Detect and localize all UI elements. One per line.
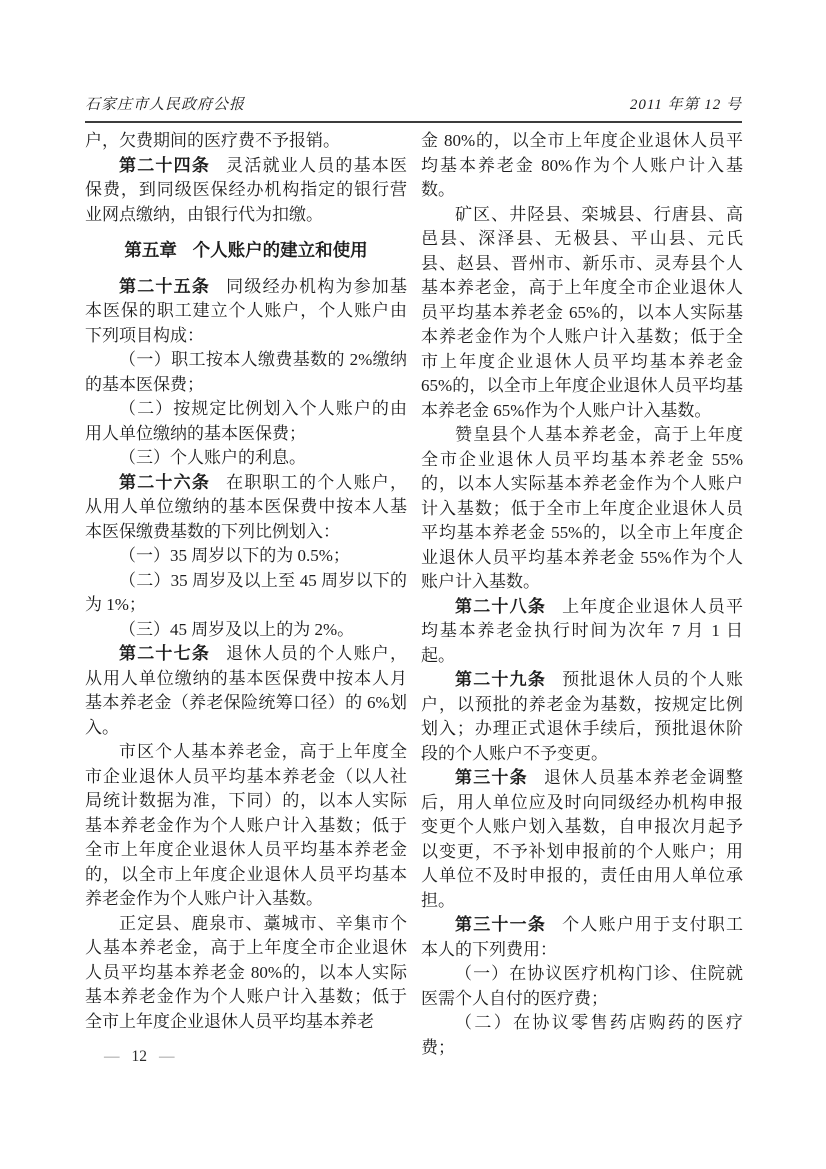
article-paragraph: 第二十九条预批退休人员的个人账户，以预批的养老金为基数，按规定比例划入；办理正式… (421, 668, 743, 766)
list-item: （二）在协议零售药店购药的医疗费； (421, 1011, 743, 1060)
page-body: 户，欠费期间的医疗费不予报销。 第二十四条灵活就业人员的基本医保费，到同级医保经… (85, 129, 743, 1060)
paragraph: 金 80%的，以全市上年度企业退休人员平均基本养老金 80%作为个人账户计入基数… (421, 129, 743, 203)
article-paragraph: 第三十一条个人账户用于支付职工本人的下列费用： (421, 913, 743, 962)
article-number: 第二十七条 (119, 644, 226, 663)
list-item: （二）按规定比例划入个人账户的由用人单位缴纳的基本医保费； (85, 397, 407, 446)
paragraph-text: 矿区、井陉县、栾城县、行唐县、高邑县、深泽县、无极县、平山县、元氏县、赵县、晋州… (421, 205, 743, 420)
paragraph-text: 市区个人基本养老金，高于上年度全市企业退休人员平均基本养老金（以人社局统计数据为… (85, 742, 407, 908)
paragraph: 矿区、井陉县、栾城县、行唐县、高邑县、深泽县、无极县、平山县、元氏县、赵县、晋州… (421, 203, 743, 424)
paragraph-text: 户，欠费期间的医疗费不予报销。 (85, 131, 340, 150)
paragraph: 正定县、鹿泉市、藁城市、辛集市个人基本养老金，高于上年度全市企业退休人员平均基本… (85, 912, 407, 1035)
list-item: （一）在协议医疗机构门诊、住院就医需个人自付的医疗费； (421, 962, 743, 1011)
paragraph-text: （三）个人账户的利息。 (119, 448, 306, 467)
paragraph-text: （一）35 周岁以下的为 0.5%； (119, 546, 350, 565)
article-paragraph: 第二十七条退休人员的个人账户，从用人单位缴纳的基本医保费中按本人月基本养老金（养… (85, 642, 407, 740)
page-number-dash-right: — (159, 1048, 175, 1066)
article-number: 第二十九条 (455, 670, 562, 689)
paragraph-text: 退休人员基本养老金调整后，用人单位应及时向同级经办机构申报变更个人账户划入基数，… (421, 768, 743, 910)
article-paragraph: 第二十四条灵活就业人员的基本医保费，到同级医保经办机构指定的银行营业网点缴纳，由… (85, 154, 407, 228)
running-head: 石家庄市人民政府公报 2011 年第 12 号 (85, 93, 742, 123)
paragraph-text: （一）职工按本人缴费基数的 2%缴纳的基本医保费； (85, 350, 407, 394)
paragraph-text: 赞皇县个人基本养老金，高于上年度全市企业退休人员平均基本养老金 55%的，以本人… (421, 425, 743, 591)
left-column: 户，欠费期间的医疗费不予报销。 第二十四条灵活就业人员的基本医保费，到同级医保经… (85, 129, 407, 1060)
publication-title: 石家庄市人民政府公报 (85, 93, 245, 114)
article-number: 第三十条 (455, 768, 544, 787)
chapter-heading: 第五章个人账户的建立和使用 (85, 238, 407, 263)
article-paragraph: 第二十六条在职职工的个人账户，从用人单位缴纳的基本医保费中按本人基本医保缴费基数… (85, 471, 407, 545)
page-number-value: 12 (132, 1048, 148, 1066)
page-number-dash-left: — (104, 1048, 120, 1066)
article-paragraph: 第二十五条同级经办机构为参加基本医保的职工建立个人账户，个人账户由下列项目构成： (85, 275, 407, 349)
paragraph-text: （二）35 周岁及以上至 45 周岁以下的为 1%； (85, 571, 407, 615)
right-column: 金 80%的，以全市上年度企业退休人员平均基本养老金 80%作为个人账户计入基数… (421, 129, 743, 1060)
article-paragraph: 第二十八条上年度企业退休人员平均基本养老金执行时间为次年 7 月 1 日起。 (421, 595, 743, 669)
list-item: （三）个人账户的利息。 (85, 446, 407, 471)
paragraph-text: （三）45 周岁及以上的为 2%。 (119, 620, 354, 639)
paragraph: 户，欠费期间的医疗费不予报销。 (85, 129, 407, 154)
article-number: 第二十八条 (455, 597, 562, 616)
chapter-title: 个人账户的建立和使用 (193, 240, 368, 260)
article-paragraph: 第三十条退休人员基本养老金调整后，用人单位应及时向同级经办机构申报变更个人账户划… (421, 766, 743, 913)
list-item: （一）35 周岁以下的为 0.5%； (85, 544, 407, 569)
paragraph-text: （一）在协议医疗机构门诊、住院就医需个人自付的医疗费； (421, 964, 743, 1008)
paragraph-text: 金 80%的，以全市上年度企业退休人员平均基本养老金 80%作为个人账户计入基数… (421, 131, 743, 199)
article-number: 第二十四条 (119, 156, 226, 175)
list-item: （一）职工按本人缴费基数的 2%缴纳的基本医保费； (85, 348, 407, 397)
paragraph: 市区个人基本养老金，高于上年度全市企业退休人员平均基本养老金（以人社局统计数据为… (85, 740, 407, 912)
paragraph-text: （二）在协议零售药店购药的医疗费； (421, 1013, 743, 1057)
list-item: （二）35 周岁及以上至 45 周岁以下的为 1%； (85, 569, 407, 618)
gazette-page: 石家庄市人民政府公报 2011 年第 12 号 户，欠费期间的医疗费不予报销。 … (0, 0, 826, 1169)
paragraph-text: 正定县、鹿泉市、藁城市、辛集市个人基本养老金，高于上年度全市企业退休人员平均基本… (85, 914, 407, 1031)
article-number: 第三十一条 (455, 915, 562, 934)
page-number: — 12 — (104, 1048, 175, 1066)
paragraph-text: （二）按规定比例划入个人账户的由用人单位缴纳的基本医保费； (85, 399, 407, 443)
list-item: （三）45 周岁及以上的为 2%。 (85, 618, 407, 643)
paragraph: 赞皇县个人基本养老金，高于上年度全市企业退休人员平均基本养老金 55%的，以本人… (421, 423, 743, 595)
article-number: 第二十六条 (119, 473, 226, 492)
chapter-number: 第五章 (124, 240, 192, 260)
issue-number: 2011 年第 12 号 (630, 93, 742, 114)
article-number: 第二十五条 (119, 277, 226, 296)
